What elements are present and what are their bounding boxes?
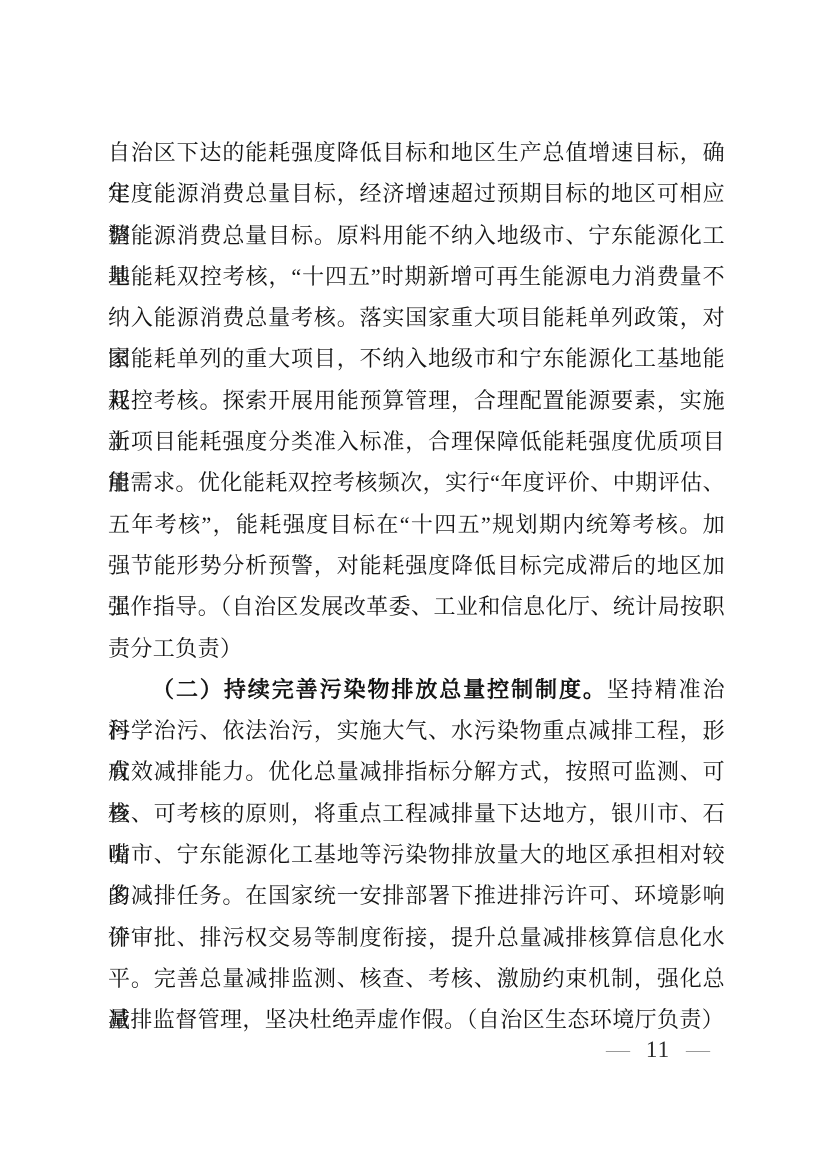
document-line: 地能耗双控考核，“十四五”时期新增可再生能源电力消费量不 [108, 256, 725, 297]
document-line: 平。完善总量减排监测、核查、考核、激励约束机制，强化总量 [108, 958, 725, 999]
document-line: 年度能源消费总量目标，经济增速超过预期目标的地区可相应调 [108, 173, 725, 214]
body-text: 价审批、排污权交易等制度衔接，提升总量减排核算信息化水 [108, 925, 725, 950]
document-line: 强节能形势分析预警，对能耗强度降低目标完成滞后的地区加强 [108, 545, 725, 586]
document-page: 自治区下达的能耗强度降低目标和地区生产总值增速目标，确定年度能源消费总量目标，经… [0, 0, 827, 1169]
body-text: 责分工负责） [108, 636, 242, 661]
body-text: 减排监督管理，坚决杜绝弄虚作假。（自治区生态环境厅负责） [108, 1007, 724, 1032]
document-line: 能需求。优化能耗双控考核频次，实行“年度评价、中期评估、 [108, 462, 725, 503]
body-text: 工作指导。（自治区发展改革委、工业和信息化厅、统计局按职 [108, 594, 725, 619]
document-line: 有效减排能力。优化总量减排指标分解方式，按照可监测、可核 [108, 751, 725, 792]
clause-heading-text: （二）持续完善污染物排放总量控制制度。 [152, 677, 607, 702]
footer-dash-right: — [686, 1036, 710, 1064]
document-line: 双控考核。探索开展用能预算管理，合理配置能源要素，实施新 [108, 380, 725, 421]
document-line: 查、可考核的原则，将重点工程减排量下达地方，银川市、石嘴 [108, 793, 725, 834]
document-body: 自治区下达的能耗强度降低目标和地区生产总值增速目标，确定年度能源消费总量目标，经… [108, 132, 725, 1041]
document-line: 的减排任务。在国家统一安排部署下推进排污许可、环境影响评 [108, 875, 725, 916]
body-text: 地能耗双控考核，“十四五”时期新增可再生能源电力消费量不 [108, 264, 725, 289]
document-line: 工作指导。（自治区发展改革委、工业和信息化厅、统计局按职 [108, 586, 725, 627]
page-footer: — 11 — [608, 1036, 708, 1064]
document-line: 上项目能耗强度分类准入标准，合理保障低能耗强度优质项目用 [108, 421, 725, 462]
document-line: 科学治污、依法治污，实施大气、水污染物重点减排工程，形成 [108, 710, 725, 751]
document-line: 责分工负责） [108, 628, 725, 669]
document-line: 自治区下达的能耗强度降低目标和地区生产总值增速目标，确定 [108, 132, 725, 173]
footer-dash-left: — [606, 1036, 630, 1064]
body-text: 能需求。优化能耗双控考核频次，实行“年度评价、中期评估、 [108, 470, 725, 495]
document-line: 价审批、排污权交易等制度衔接，提升总量减排核算信息化水 [108, 917, 725, 958]
body-text: 五年考核”，能耗强度目标在“十四五”规划期内统筹考核。加 [108, 512, 725, 537]
document-line: 整能源消费总量目标。原料用能不纳入地级市、宁东能源化工基 [108, 215, 725, 256]
document-line: 五年考核”，能耗强度目标在“十四五”规划期内统筹考核。加 [108, 504, 725, 545]
document-line: 家能耗单列的重大项目，不纳入地级市和宁东能源化工基地能耗 [108, 338, 725, 379]
document-line: 减排监督管理，坚决杜绝弄虚作假。（自治区生态环境厅负责） [108, 999, 725, 1040]
page-number: 11 [646, 1036, 670, 1064]
document-line: （二）持续完善污染物排放总量控制制度。坚持精准治污、 [108, 669, 725, 710]
document-line: 山市、宁东能源化工基地等污染物排放量大的地区承担相对较多 [108, 834, 725, 875]
document-line: 纳入能源消费总量考核。落实国家重大项目能耗单列政策，对国 [108, 297, 725, 338]
